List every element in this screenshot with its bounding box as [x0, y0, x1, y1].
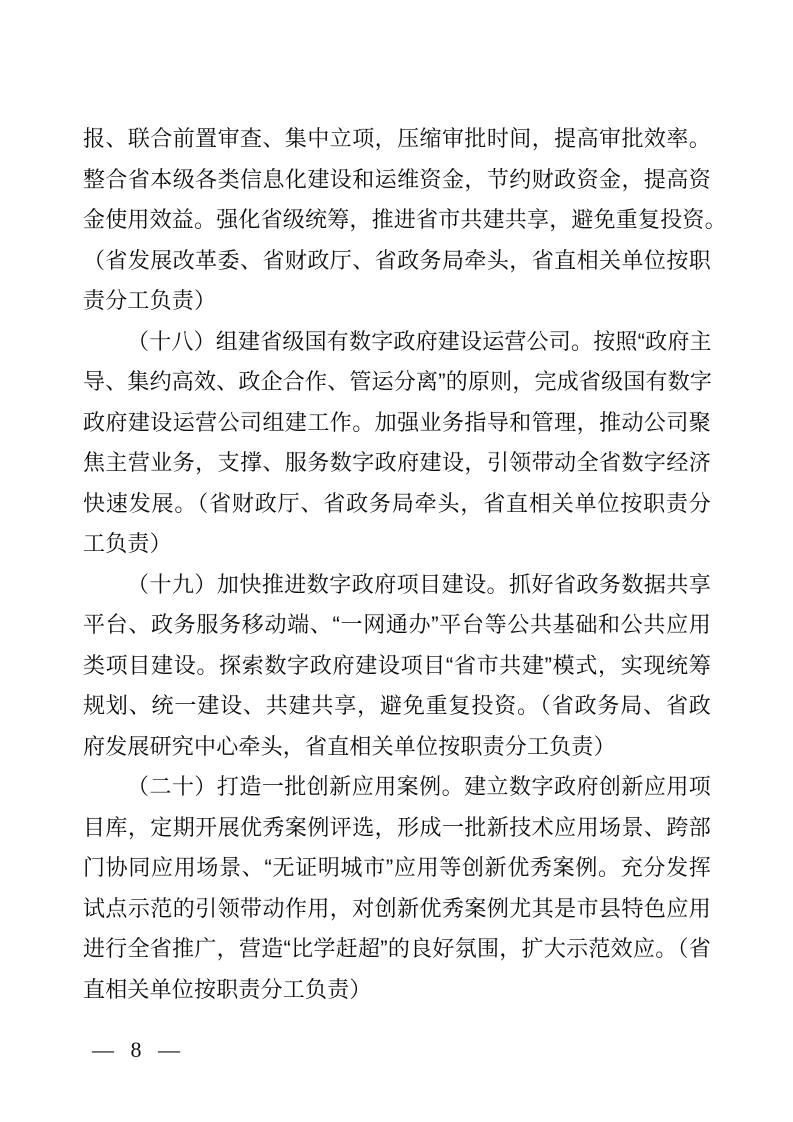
text-line: 导、集约高效、政企合作、管运分离”的原则，完成省级国有数字	[83, 362, 711, 403]
paragraph-item-18: （十八）组建省级国有数字政府建设运营公司。按照“政府主 导、集约高效、政企合作、…	[83, 322, 711, 565]
text-line: 责分工负责）	[83, 281, 711, 322]
text-line: 工负责）	[83, 524, 711, 565]
paragraph-item-19: （十九）加快推进数字政府项目建设。抓好省政务数据共享 平台、政务服务移动端、“一…	[83, 565, 711, 768]
text-line: （十八）组建省级国有数字政府建设运营公司。按照“政府主	[83, 322, 711, 363]
text-line: 试点示范的引领带动作用，对创新优秀案例尤其是市县特色应用	[83, 889, 711, 930]
text-line: 目库，定期开展优秀案例评选，形成一批新技术应用场景、跨部	[83, 808, 711, 849]
text-line: 焦主营业务，支撑、服务数字政府建设，引领带动全省数字经济	[83, 443, 711, 484]
text-line: 整合省本级各类信息化建设和运维资金，节约财政资金，提高资	[83, 160, 711, 201]
document-body: 报、联合前置审查、集中立项，压缩审批时间，提高审批效率。 整合省本级各类信息化建…	[83, 119, 711, 1010]
text-line: 平台、政务服务移动端、“一网通办”平台等公共基础和公共应用	[83, 605, 711, 646]
text-line: 府发展研究中心牵头，省直相关单位按职责分工负责）	[83, 727, 711, 768]
text-line: （省发展改革委、省财政厅、省政务局牵头，省直相关单位按职	[83, 241, 711, 282]
text-line: 直相关单位按职责分工负责）	[83, 970, 711, 1011]
page-footer: — 8 —	[92, 1036, 181, 1064]
text-line: 类项目建设。探索数字政府建设项目“省市共建”模式，实现统筹	[83, 646, 711, 687]
page-number: — 8 —	[92, 1037, 181, 1062]
paragraph-item-20: （二十）打造一批创新应用案例。建立数字政府创新应用项 目库，定期开展优秀案例评选…	[83, 767, 711, 1010]
text-line: 快速发展。（省财政厅、省政务局牵头，省直相关单位按职责分	[83, 484, 711, 525]
text-line: 报、联合前置审查、集中立项，压缩审批时间，提高审批效率。	[83, 119, 711, 160]
text-line: （十九）加快推进数字政府项目建设。抓好省政务数据共享	[83, 565, 711, 606]
text-line: 规划、统一建设、共建共享，避免重复投资。（省政务局、省政	[83, 686, 711, 727]
text-line: 政府建设运营公司组建工作。加强业务指导和管理，推动公司聚	[83, 403, 711, 444]
text-line: （二十）打造一批创新应用案例。建立数字政府创新应用项	[83, 767, 711, 808]
text-line: 门协同应用场景、“无证明城市”应用等创新优秀案例。充分发挥	[83, 848, 711, 889]
document-page: 报、联合前置审查、集中立项，压缩审批时间，提高审批效率。 整合省本级各类信息化建…	[0, 0, 793, 1122]
text-line: 金使用效益。强化省级统筹，推进省市共建共享，避免重复投资。	[83, 200, 711, 241]
text-line: 进行全省推广，营造“比学赶超”的良好氛围，扩大示范效应。（省	[83, 929, 711, 970]
paragraph-continuation: 报、联合前置审查、集中立项，压缩审批时间，提高审批效率。 整合省本级各类信息化建…	[83, 119, 711, 322]
